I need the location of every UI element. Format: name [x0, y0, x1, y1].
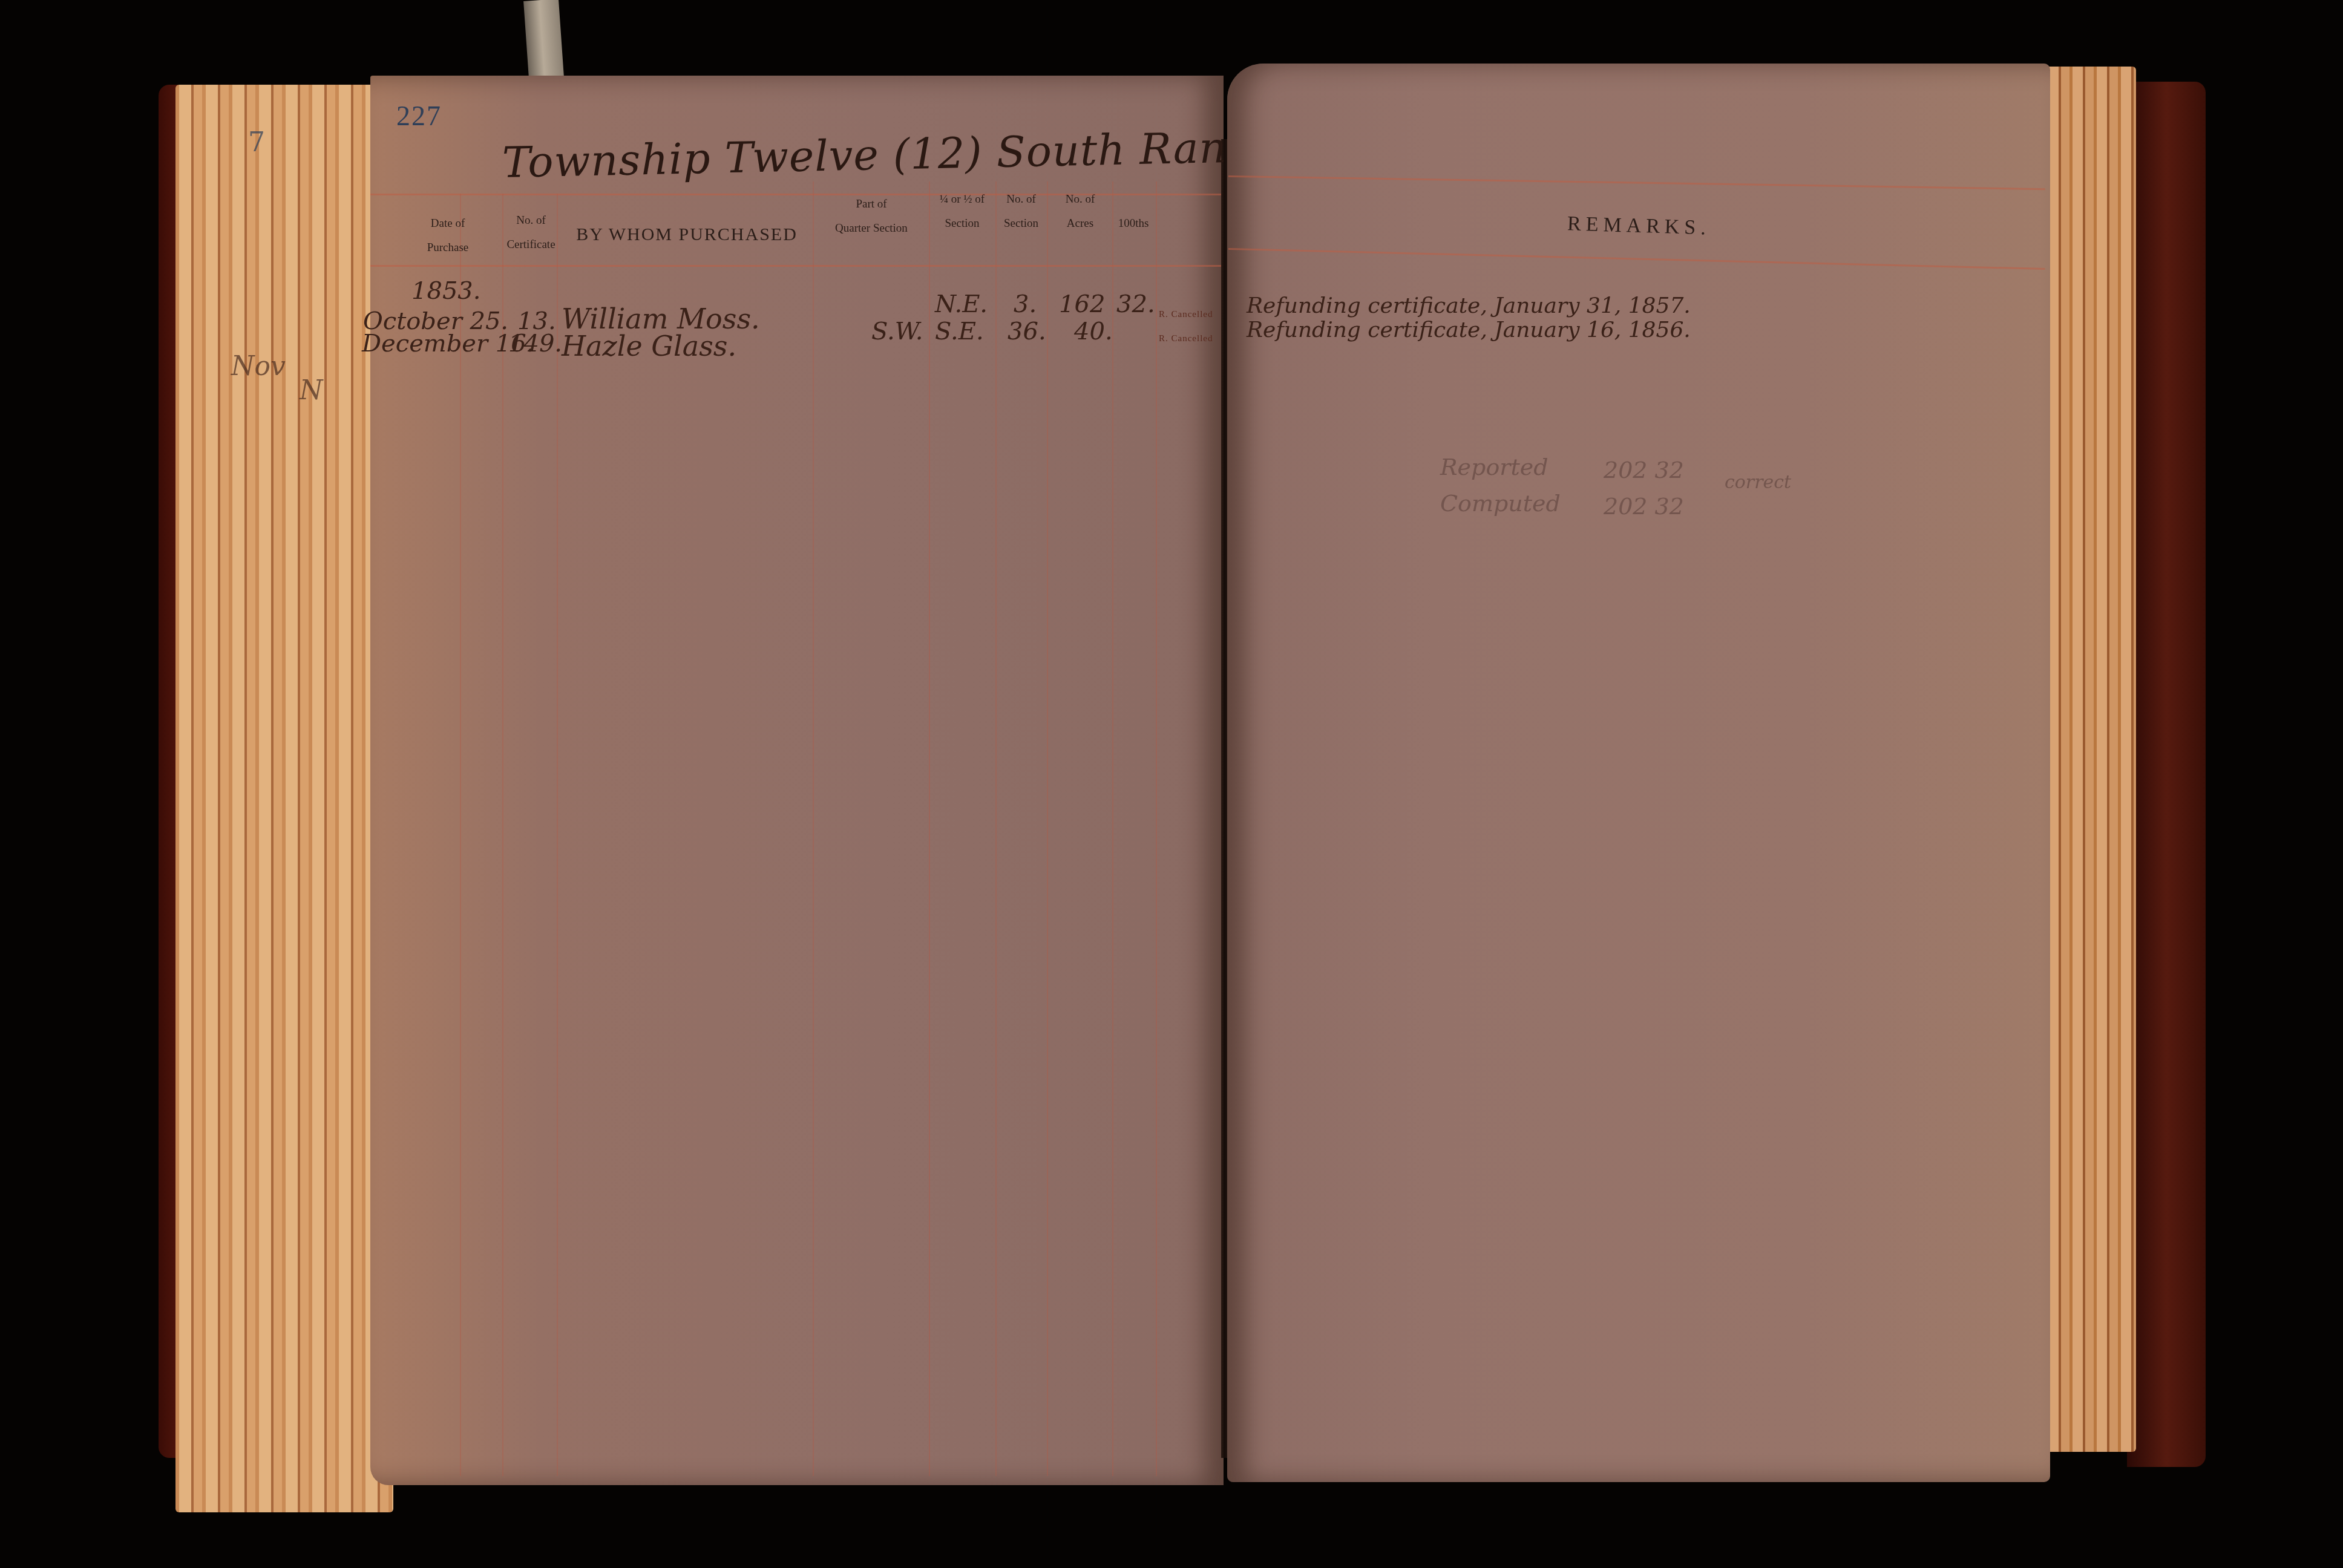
- stack-handwriting-fragment: Nov: [231, 351, 286, 382]
- header-section-number: No. of Section: [995, 188, 1047, 236]
- book-cover-right: [2127, 82, 2206, 1467]
- pencil-label: Reported: [1440, 454, 1548, 480]
- column-rule: [929, 181, 930, 1476]
- header-line: Quarter Section: [820, 217, 923, 241]
- header-line: Purchase: [411, 236, 484, 260]
- header-part-of-quarter-section: Part of Quarter Section: [820, 192, 923, 241]
- column-rule: [502, 194, 503, 1476]
- stack-page-number: 7: [248, 127, 265, 158]
- header-hundredths: 100ths: [1112, 212, 1155, 236]
- column-rule: [1112, 181, 1113, 1476]
- entry-acres: 40.: [1074, 318, 1113, 345]
- page-stack-left: 7 Nov N: [175, 85, 393, 1512]
- entry-section: 36.: [1008, 318, 1046, 345]
- column-rule: [460, 194, 461, 1476]
- header-bottom-rule: [370, 265, 1221, 267]
- stack-handwriting-fragment: N: [300, 375, 323, 406]
- pencil-suffix: correct: [1725, 472, 1791, 493]
- header-line: Section: [929, 212, 995, 236]
- entry-acres: 162: [1059, 290, 1105, 318]
- entry-part-quarter: S.W.: [871, 318, 923, 345]
- entry-certificate: 149.: [508, 330, 562, 358]
- column-rule: [813, 181, 814, 1476]
- entry-purchaser: Hazle Glass.: [562, 330, 736, 362]
- pencil-value: 202 32: [1604, 457, 1684, 483]
- header-line: No. of: [995, 188, 1047, 212]
- column-rule: [1156, 181, 1157, 1476]
- page-stack-right: [2045, 67, 2136, 1452]
- page-number: 227: [396, 100, 442, 132]
- header-certificate-number: No. of Certificate: [502, 209, 560, 257]
- header-line: ¼ or ½ of: [929, 188, 995, 212]
- remark-line: Refunding certificate, January 31, 1857.: [1247, 293, 1691, 318]
- column-rule: [557, 194, 558, 1476]
- remarks-header: REMARKS.: [1567, 212, 1711, 240]
- header-line: No. of: [502, 209, 560, 233]
- header-acres: No. of Acres: [1047, 188, 1113, 236]
- header-line: Date of: [411, 212, 484, 236]
- header-date-of-purchase: Date of Purchase: [411, 212, 484, 260]
- entry-section: 3.: [1014, 290, 1037, 318]
- entry-quarter: S.E.: [935, 318, 984, 345]
- column-rule: [995, 181, 997, 1476]
- column-rule: [1047, 181, 1048, 1476]
- remark-line: Refunding certificate, January 16, 1856.: [1247, 318, 1691, 342]
- header-quarter-or-half: ¼ or ½ of Section: [929, 188, 995, 236]
- header-line: No. of: [1047, 188, 1113, 212]
- right-page: [1227, 64, 2050, 1482]
- entry-hundredths: 32.: [1116, 290, 1155, 318]
- left-page: [370, 76, 1224, 1485]
- header-line: Section: [995, 212, 1047, 236]
- cancelled-stamp: R. Cancelled: [1159, 334, 1213, 344]
- header-line: Certificate: [502, 233, 560, 257]
- cancelled-stamp: R. Cancelled: [1159, 310, 1213, 320]
- pencil-label: Computed: [1440, 490, 1561, 517]
- header-by-whom-purchased: BY WHOM PURCHASED: [563, 223, 811, 247]
- header-line: Part of: [820, 192, 923, 217]
- header-line: Acres: [1047, 212, 1113, 236]
- entry-year: 1853.: [411, 277, 481, 305]
- pencil-value: 202 32: [1604, 493, 1684, 520]
- entry-quarter: N.E.: [935, 290, 988, 318]
